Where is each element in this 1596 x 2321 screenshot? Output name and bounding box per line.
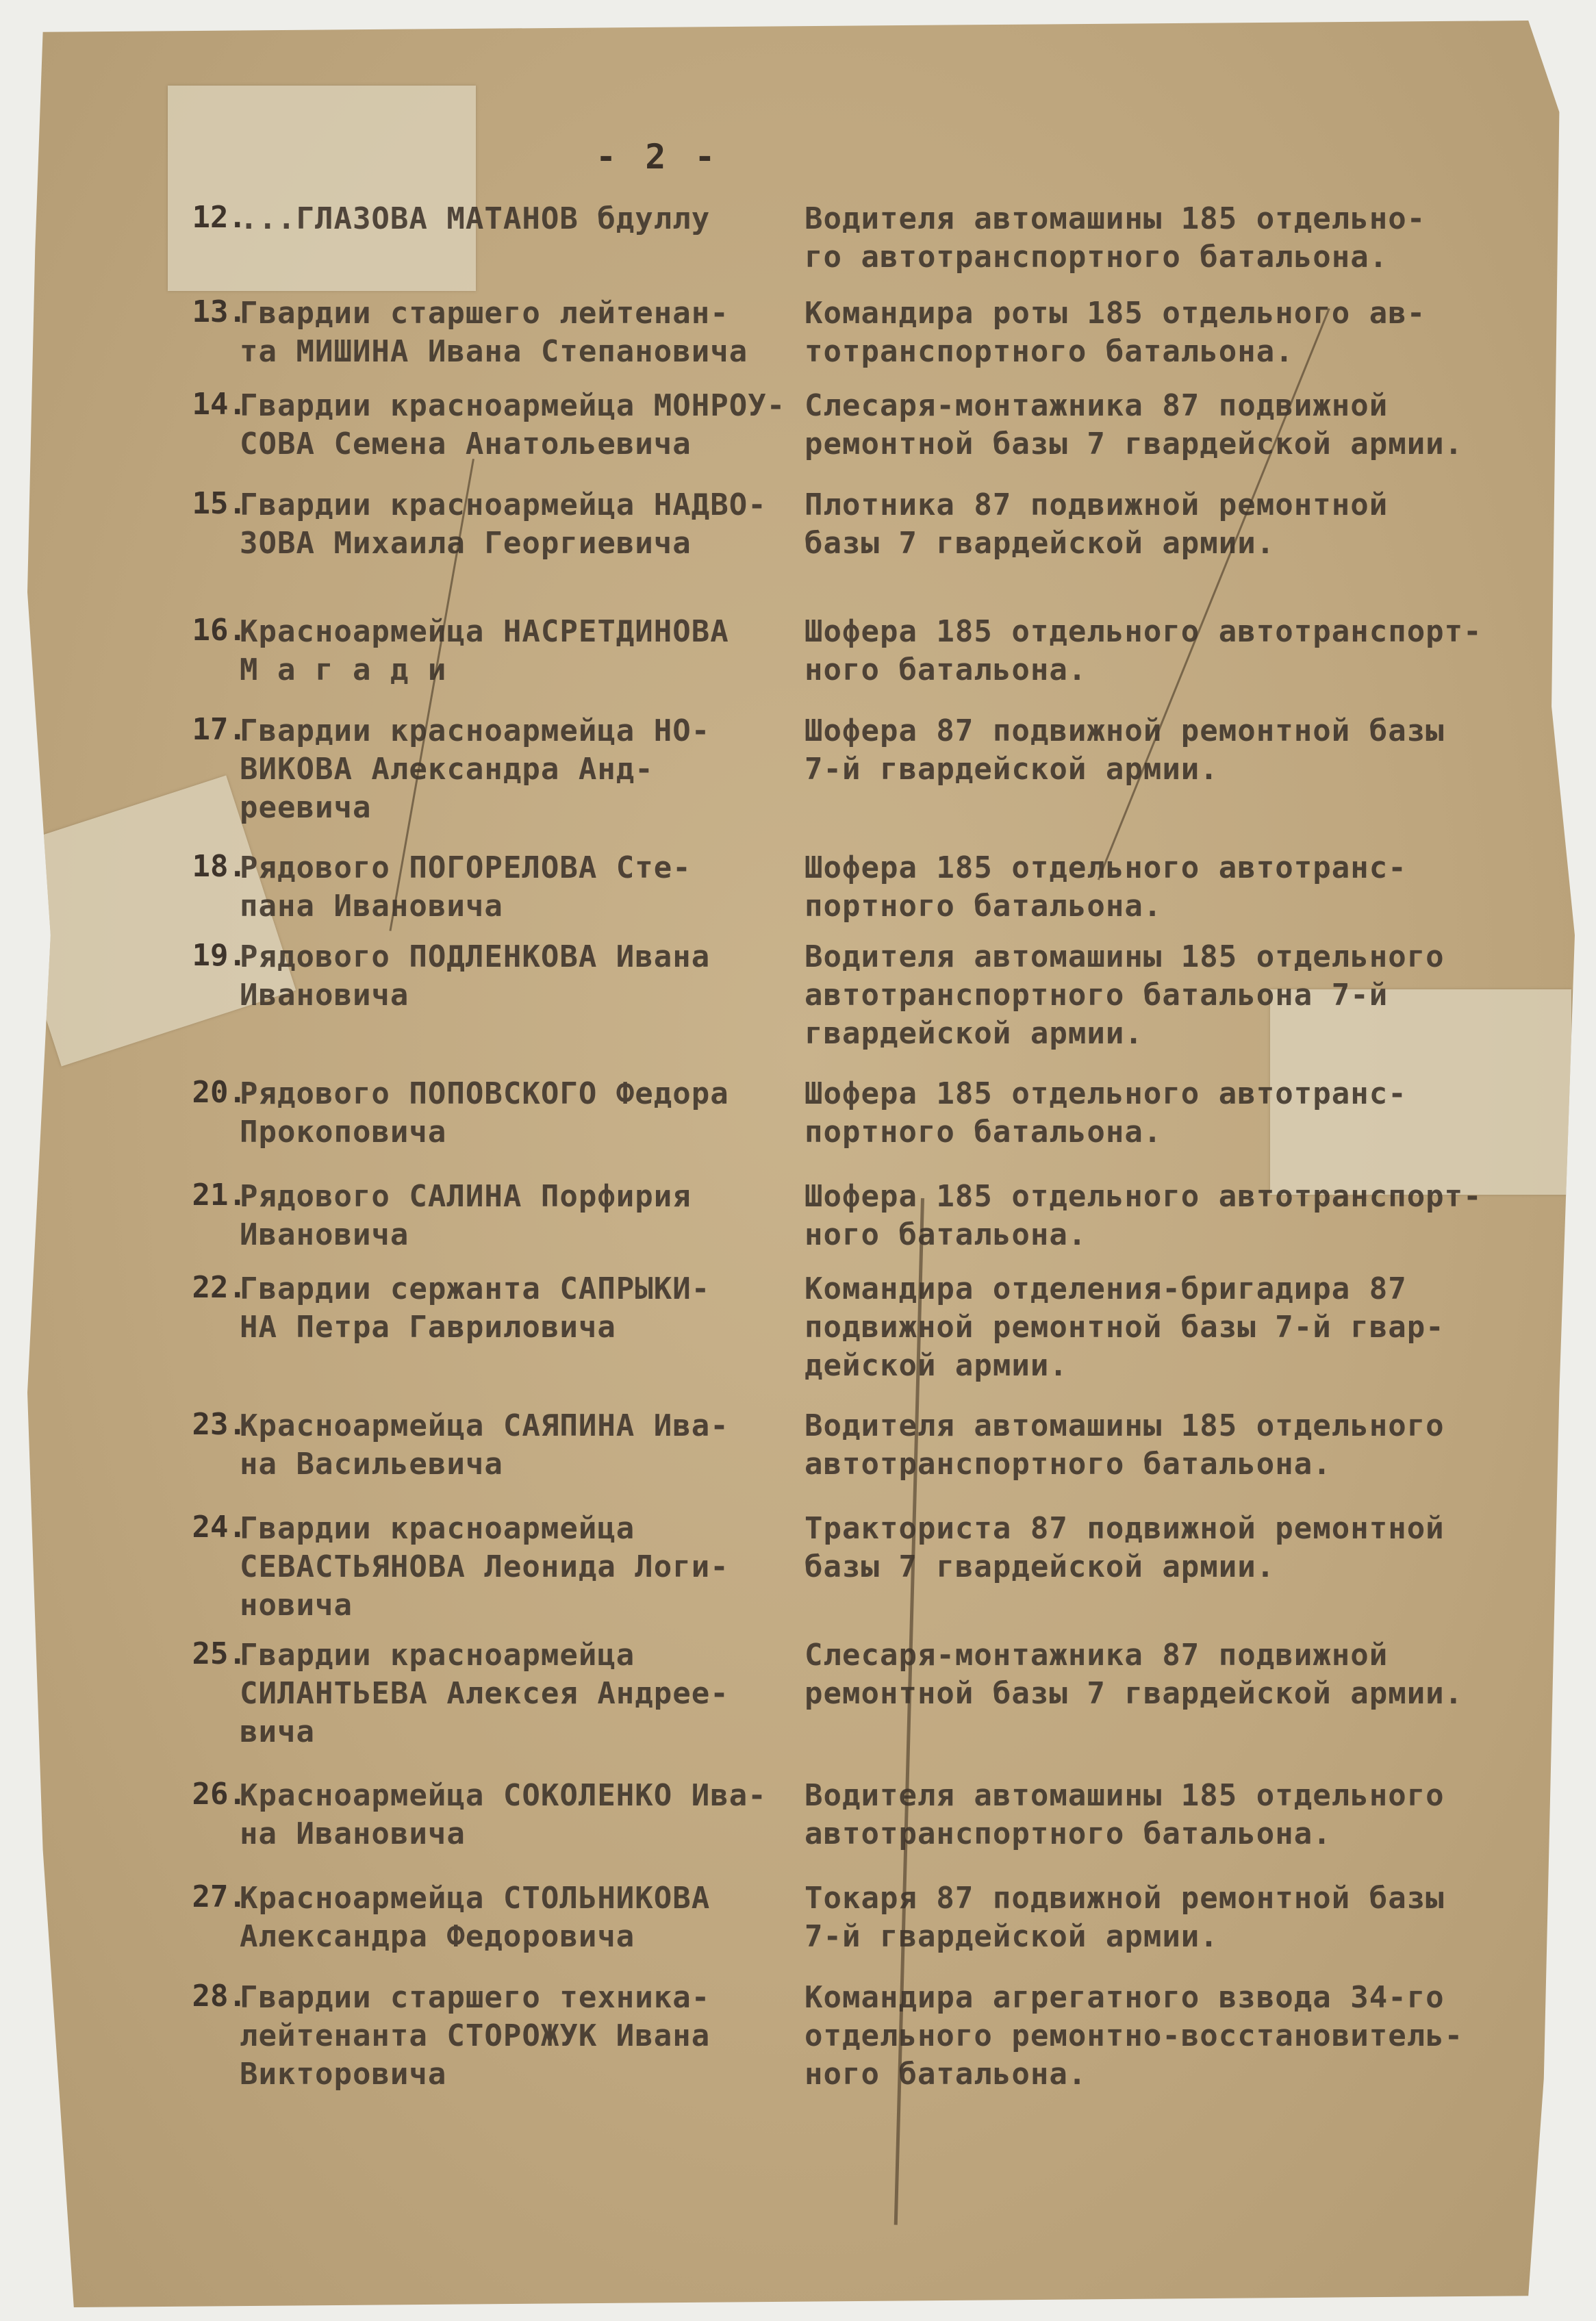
entry-name: Красноармейца СТОЛЬНИКОВА Александра Фед… [240, 1879, 787, 1956]
entry-name: Красноармейца САЯПИНА Ива- на Васильевич… [240, 1407, 787, 1484]
entry-number: 14. [178, 387, 246, 422]
entry-number: 24. [178, 1510, 246, 1545]
entry-number: 19. [178, 938, 246, 973]
entry-name: Рядового ПОДЛЕНКОВА Ивана Ивановича [240, 938, 787, 1015]
entry-role: Командира отделения-бригадира 87 подвижн… [805, 1270, 1523, 1385]
entry-role: Плотника 87 подвижной ремонтной базы 7 г… [805, 486, 1523, 563]
entry-name: Гвардии красноармейца СИЛАНТЬЕВА Алексея… [240, 1636, 787, 1751]
entry-role: Шофера 185 отдельного автотранспорт- ног… [805, 613, 1523, 689]
entry-name: Гвардии красноармейца МОНРОУ- СОВА Семен… [240, 387, 787, 464]
page-number: - 2 - [596, 137, 720, 177]
entry-role: Шофера 185 отдельного автотранс- портног… [805, 849, 1523, 926]
entry-name: Рядового ПОГОРЕЛОВА Сте- пана Ивановича [240, 849, 787, 926]
document-sheet: - 2 - 12. ...ГЛАЗОВА МАТАНОВ бдуллу Води… [27, 21, 1575, 2307]
entry-name: Гвардии старшего лейтенан- та МИШИНА Ива… [240, 294, 787, 371]
entry-role: Токаря 87 подвижной ремонтной базы 7-й г… [805, 1879, 1523, 1956]
tape-strip-top-left [168, 86, 476, 291]
entry-role: Водителя автомашины 185 отдельного автот… [805, 938, 1523, 1053]
entry-name: Гвардии старшего техника- лейтенанта СТО… [240, 1979, 787, 2094]
entry-number: 27. [178, 1879, 246, 1914]
entry-role: Шофера 87 подвижной ремонтной базы 7-й г… [805, 712, 1523, 789]
entry-role: Слесаря-монтажника 87 подвижной ремонтно… [805, 1636, 1523, 1713]
entry-number: 17. [178, 712, 246, 747]
entry-number: 26. [178, 1777, 246, 1812]
entry-number: 16. [178, 613, 246, 648]
entry-role: Слесаря-монтажника 87 подвижной ремонтно… [805, 387, 1523, 464]
entry-number: 15. [178, 486, 246, 521]
entry-name: ...ГЛАЗОВА МАТАНОВ бдуллу [240, 200, 787, 238]
entry-name: Гвардии красноармейца НО- ВИКОВА Алексан… [240, 712, 787, 827]
entry-role: Шофера 185 отдельного автотранс- портног… [805, 1075, 1523, 1152]
entry-role: Командира роты 185 отдельного ав- тотран… [805, 294, 1523, 371]
entry-name: Рядового ПОПОВСКОГО Федора Прокоповича [240, 1075, 787, 1152]
entry-number: 18. [178, 849, 246, 884]
entry-name: Гвардии красноармейца СЕВАСТЬЯНОВА Леони… [240, 1510, 787, 1625]
entry-number: 23. [178, 1407, 246, 1442]
entry-role: Тракториста 87 подвижной ремонтной базы … [805, 1510, 1523, 1586]
entry-role: Водителя автомашины 185 отдельно- го авт… [805, 200, 1523, 277]
entry-number: 20. [178, 1075, 246, 1110]
entry-number: 22. [178, 1270, 246, 1305]
entry-name: Гвардии красноармейца НАДВО- ЗОВА Михаил… [240, 486, 787, 563]
entry-number: 21. [178, 1178, 246, 1213]
entry-name: Красноармейца СОКОЛЕНКО Ива- на Иванович… [240, 1777, 787, 1853]
entry-name: Рядового САЛИНА Порфирия Ивановича [240, 1178, 787, 1254]
entry-role: Водителя автомашины 185 отдельного автот… [805, 1407, 1523, 1484]
entry-number: 25. [178, 1636, 246, 1671]
entry-role: Командира агрегатного взвода 34-го отдел… [805, 1979, 1523, 2094]
entry-name: Красноармейца НАСРЕТДИНОВА М а г а д и [240, 613, 787, 689]
entry-name: Гвардии сержанта САПРЫКИ- НА Петра Гаври… [240, 1270, 787, 1347]
entry-role: Водителя автомашины 185 отдельного автот… [805, 1777, 1523, 1853]
entry-number: 28. [178, 1979, 246, 2014]
entry-number: 12. [178, 200, 246, 235]
entry-number: 13. [178, 294, 246, 329]
entry-role: Шофера 185 отдельного автотранспорт- ног… [805, 1178, 1523, 1254]
